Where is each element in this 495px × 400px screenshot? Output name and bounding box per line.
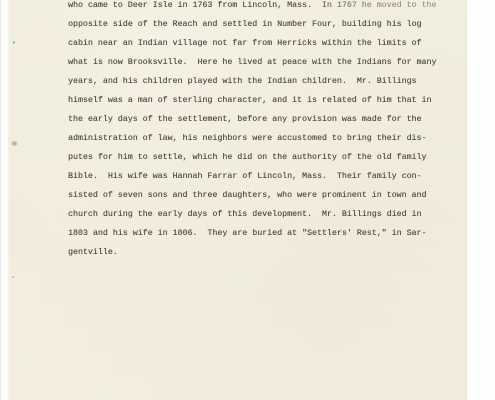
scanned-document-page: who came to Deer Isle in 1763 from Linco… bbox=[0, 0, 495, 400]
text-line: gentville. bbox=[68, 243, 458, 262]
text-line: the early days of the settlement, before… bbox=[68, 110, 458, 129]
text-line: himself was a man of sterling character,… bbox=[68, 91, 458, 110]
paper-page: who came to Deer Isle in 1763 from Linco… bbox=[8, 0, 467, 400]
scan-background-left bbox=[0, 0, 8, 400]
brown-stain bbox=[11, 141, 18, 146]
text-line: sisted of seven sons and three daughters… bbox=[68, 186, 458, 205]
text-line: what is now Brooksville. Here he lived a… bbox=[68, 53, 458, 72]
text-line: 1803 and his wife in 1806. They are buri… bbox=[68, 224, 458, 243]
text-line: who came to Deer Isle in 1763 from Linco… bbox=[68, 0, 458, 15]
typewritten-paragraph: who came to Deer Isle in 1763 from Linco… bbox=[68, 0, 458, 262]
text-line: Bible. His wife was Hannah Farrar of Lin… bbox=[68, 167, 458, 186]
scan-background-right bbox=[467, 0, 495, 400]
text-line: opposite side of the Reach and settled i… bbox=[68, 15, 458, 34]
text-line: cabin near an Indian village not far fro… bbox=[68, 34, 458, 53]
text-line: years, and his children played with the … bbox=[68, 72, 458, 91]
text-line: church during the early days of this dev… bbox=[68, 205, 458, 224]
text-line: putes for him to settle, which he did on… bbox=[68, 148, 458, 167]
cyan-speck bbox=[13, 41, 15, 44]
text-line: administration of law, his neighbors wer… bbox=[68, 129, 458, 148]
cyan-speck bbox=[12, 276, 14, 278]
